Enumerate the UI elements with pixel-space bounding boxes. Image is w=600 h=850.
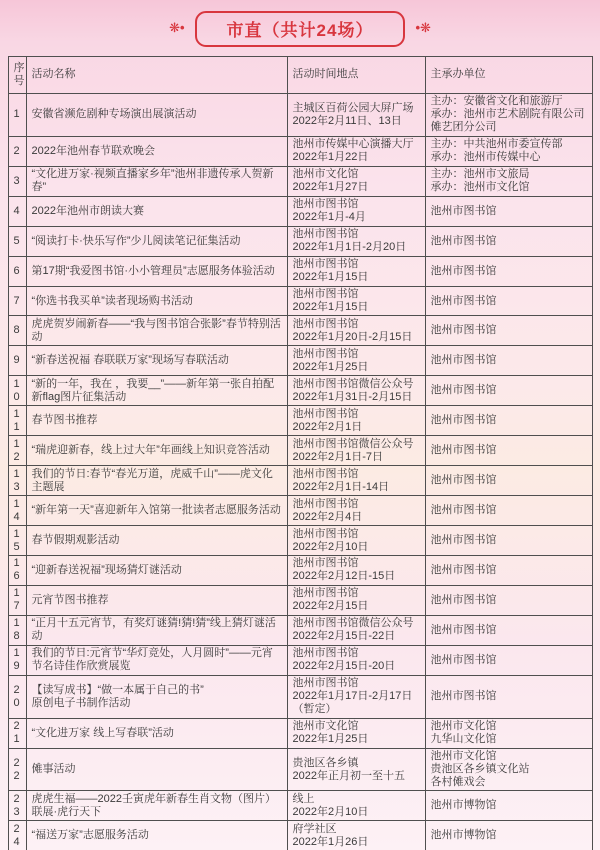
table-row: 42022年池州市朗读大赛池州市图书馆 2022年1月-4月池州市图书馆 [8,196,592,226]
table-row: 21“文化进万家 线上写春联”活动池州市文化馆 2022年1月25日池州市文化馆… [8,718,592,748]
row-number: 24 [8,821,26,850]
table-row: 18“正月十五元宵节，有奖灯谜猜!猜!猜”线上猜灯谜活动池州市图书馆微信公众号 … [8,615,592,645]
activity-name: 第17期“我爱图书馆·小小管理员”志愿服务体验活动 [26,256,287,286]
right-flourish-icon: •❋ [415,20,430,36]
organizer: 主办：安徽省文化和旅游厅 承办：池州市艺术剧院有限公司傩艺团分公司 [425,93,592,136]
row-number: 4 [8,196,26,226]
table-row: 8虎虎贺岁闹新春——“我与图书馆合张影”春节特别活动池州市图书馆 2022年1月… [8,316,592,346]
activity-name: 虎虎贺岁闹新春——“我与图书馆合张影”春节特别活动 [26,316,287,346]
activity-name: “文化进万家 线上写春联”活动 [26,718,287,748]
table-row: 10“新的一年，我在 ，我要__”——新年第一张自拍配新flag图片征集活动池州… [8,376,592,406]
activity-time-location: 池州市图书馆 2022年1月15日 [287,286,425,316]
organizer: 池州市图书馆 [425,526,592,556]
organizer: 主办：中共池州市委宣传部 承办：池州市传媒中心 [425,136,592,166]
col-header-organizer: 主承办单位 [425,57,592,94]
activity-name: “正月十五元宵节，有奖灯谜猜!猜!猜”线上猜灯谜活动 [26,615,287,645]
row-number: 17 [8,585,26,615]
table-row: 6第17期“我爱图书馆·小小管理员”志愿服务体验活动池州市图书馆 2022年1月… [8,256,592,286]
organizer: 池州市图书馆 [425,496,592,526]
organizer: 池州市图书馆 [425,196,592,226]
table-row: 22022年池州春节联欢晚会池州市传媒中心演播大厅 2022年1月22日主办：中… [8,136,592,166]
organizer: 主办：池州市文旅局 承办：池州市文化馆 [425,166,592,196]
activity-name: 2022年池州春节联欢晚会 [26,136,287,166]
table-row: 7“你选书我买单”读者现场购书活动池州市图书馆 2022年1月15日池州市图书馆 [8,286,592,316]
row-number: 19 [8,645,26,675]
activity-time-location: 池州市图书馆 2022年2月4日 [287,496,425,526]
activity-name: “福送万家”志愿服务活动 [26,821,287,850]
row-number: 10 [8,376,26,406]
table-row: 20【读写成书】“做一本属于自己的书” 原创电子书制作活动池州市图书馆 2022… [8,675,592,718]
row-number: 2 [8,136,26,166]
row-number: 23 [8,791,26,821]
table-row: 22傩事活动贵池区各乡镇 2022年正月初一至十五池州市文化馆 贵池区各乡镇文化… [8,748,592,791]
activity-time-location: 池州市图书馆 2022年2月15日-20日 [287,645,425,675]
activity-name: 春节图书推荐 [26,406,287,436]
activity-time-location: 池州市图书馆 2022年2月1日-14日 [287,466,425,496]
table-row: 12“瑞虎迎新春，线上过大年”年画线上知识竞答活动池州市图书馆微信公众号 202… [8,436,592,466]
table-row: 13我们的节日:春节“春光万道，虎威千山”——虎文化主题展池州市图书馆 2022… [8,466,592,496]
page: ❋• 市直（共计24场） •❋ 序号 活动名称 活动时间地点 主承办单位 1安徽… [0,0,600,850]
organizer: 池州市图书馆 [425,406,592,436]
organizer: 池州市图书馆 [425,615,592,645]
activity-time-location: 池州市传媒中心演播大厅 2022年1月22日 [287,136,425,166]
activity-time-location: 池州市文化馆 2022年1月27日 [287,166,425,196]
organizer: 池州市博物馆 [425,821,592,850]
row-number: 20 [8,675,26,718]
organizer: 池州市图书馆 [425,316,592,346]
activity-time-location: 池州市图书馆微信公众号 2022年1月31日-2月15日 [287,376,425,406]
table-row: 16“迎新春送祝福”现场猜灯谜活动池州市图书馆 2022年2月12日-15日池州… [8,555,592,585]
organizer: 池州市图书馆 [425,286,592,316]
activity-name: “阅读打卡·快乐写作”少儿阅读笔记征集活动 [26,226,287,256]
title-band: ❋• 市直（共计24场） •❋ [0,0,600,56]
organizer: 池州市图书馆 [425,436,592,466]
activity-time-location: 池州市图书馆 2022年2月12日-15日 [287,555,425,585]
activity-time-location: 线上 2022年2月10日 [287,791,425,821]
activity-name: 安徽省濒危剧种专场演出展演活动 [26,93,287,136]
row-number: 8 [8,316,26,346]
row-number: 18 [8,615,26,645]
activity-name: “迎新春送祝福”现场猜灯谜活动 [26,555,287,585]
activity-name: 虎虎生福——2022壬寅虎年新春生肖文物（图片）联展·虎行天下 [26,791,287,821]
activity-time-location: 池州市图书馆 2022年2月1日 [287,406,425,436]
table-row: 1安徽省濒危剧种专场演出展演活动主城区百荷公园大屏广场 2022年2月11日、1… [8,93,592,136]
activity-time-location: 池州市图书馆 2022年1月17日-2月17日（暂定） [287,675,425,718]
organizer: 池州市图书馆 [425,555,592,585]
activity-time-location: 府学社区 2022年1月26日 [287,821,425,850]
table-row: 19我们的节日:元宵节“华灯竞处，人月圆时”——元宵节名诗佳作欣赏展览池州市图书… [8,645,592,675]
activity-name: 春节假期观影活动 [26,526,287,556]
activity-name: “新的一年，我在 ，我要__”——新年第一张自拍配新flag图片征集活动 [26,376,287,406]
organizer: 池州市图书馆 [425,585,592,615]
row-number: 13 [8,466,26,496]
row-number: 14 [8,496,26,526]
activity-time-location: 池州市图书馆微信公众号 2022年2月1日-7日 [287,436,425,466]
activity-name: “新春送祝福 春联联万家”现场写春联活动 [26,346,287,376]
row-number: 6 [8,256,26,286]
row-number: 11 [8,406,26,436]
left-flourish-icon: ❋• [169,20,184,36]
activity-time-location: 池州市图书馆 2022年1月15日 [287,256,425,286]
row-number: 5 [8,226,26,256]
activity-name: “新年第一天”喜迎新年入馆第一批读者志愿服务活动 [26,496,287,526]
table-row: 9“新春送祝福 春联联万家”现场写春联活动池州市图书馆 2022年1月25日池州… [8,346,592,376]
row-number: 22 [8,748,26,791]
col-header-activity-name: 活动名称 [26,57,287,94]
row-number: 1 [8,93,26,136]
activity-time-location: 池州市图书馆 2022年1月20日-2月15日 [287,316,425,346]
organizer: 池州市文化馆 九华山文化馆 [425,718,592,748]
table-row: 23虎虎生福——2022壬寅虎年新春生肖文物（图片）联展·虎行天下线上 2022… [8,791,592,821]
row-number: 7 [8,286,26,316]
activity-time-location: 贵池区各乡镇 2022年正月初一至十五 [287,748,425,791]
events-table: 序号 活动名称 活动时间地点 主承办单位 1安徽省濒危剧种专场演出展演活动主城区… [8,56,593,850]
table-row: 5“阅读打卡·快乐写作”少儿阅读笔记征集活动池州市图书馆 2022年1月1日-2… [8,226,592,256]
col-header-serial: 序号 [8,57,26,94]
table-row: 14“新年第一天”喜迎新年入馆第一批读者志愿服务活动池州市图书馆 2022年2月… [8,496,592,526]
organizer: 池州市图书馆 [425,466,592,496]
activity-name: 【读写成书】“做一本属于自己的书” 原创电子书制作活动 [26,675,287,718]
activity-name: “瑞虎迎新春，线上过大年”年画线上知识竞答活动 [26,436,287,466]
activity-time-location: 主城区百荷公园大屏广场 2022年2月11日、13日 [287,93,425,136]
col-header-time-location: 活动时间地点 [287,57,425,94]
row-number: 15 [8,526,26,556]
table-row: 24“福送万家”志愿服务活动府学社区 2022年1月26日池州市博物馆 [8,821,592,850]
organizer: 池州市图书馆 [425,256,592,286]
organizer: 池州市图书馆 [425,226,592,256]
row-number: 3 [8,166,26,196]
activity-name: 2022年池州市朗读大赛 [26,196,287,226]
table-row: 17元宵节图书推荐池州市图书馆 2022年2月15日池州市图书馆 [8,585,592,615]
organizer: 池州市博物馆 [425,791,592,821]
organizer: 池州市图书馆 [425,376,592,406]
row-number: 16 [8,555,26,585]
organizer: 池州市图书馆 [425,675,592,718]
activity-time-location: 池州市图书馆 2022年1月25日 [287,346,425,376]
row-number: 9 [8,346,26,376]
activity-time-location: 池州市文化馆 2022年1月25日 [287,718,425,748]
activity-name: 傩事活动 [26,748,287,791]
table-row: 15春节假期观影活动池州市图书馆 2022年2月10日池州市图书馆 [8,526,592,556]
activity-time-location: 池州市图书馆 2022年2月10日 [287,526,425,556]
activity-name: 我们的节日:春节“春光万道，虎威千山”——虎文化主题展 [26,466,287,496]
activity-time-location: 池州市图书馆 2022年1月1日-2月20日 [287,226,425,256]
activity-time-location: 池州市图书馆 2022年2月15日 [287,585,425,615]
organizer: 池州市图书馆 [425,645,592,675]
events-table-body: 1安徽省濒危剧种专场演出展演活动主城区百荷公园大屏广场 2022年2月11日、1… [8,93,592,850]
row-number: 12 [8,436,26,466]
activity-time-location: 池州市图书馆微信公众号 2022年2月15日-22日 [287,615,425,645]
organizer: 池州市图书馆 [425,346,592,376]
section-title-plaque: 市直（共计24场） [195,11,406,47]
section-title: 市直（共计24场） [227,21,374,40]
table-row: 3“文化进万家·视频直播家乡年”池州非遗传承人贺新春”池州市文化馆 2022年1… [8,166,592,196]
activity-name: “文化进万家·视频直播家乡年”池州非遗传承人贺新春” [26,166,287,196]
activity-name: 我们的节日:元宵节“华灯竞处，人月圆时”——元宵节名诗佳作欣赏展览 [26,645,287,675]
table-row: 11春节图书推荐池州市图书馆 2022年2月1日池州市图书馆 [8,406,592,436]
activity-time-location: 池州市图书馆 2022年1月-4月 [287,196,425,226]
table-header-row: 序号 活动名称 活动时间地点 主承办单位 [8,57,592,94]
organizer: 池州市文化馆 贵池区各乡镇文化站 各村傩戏会 [425,748,592,791]
activity-name: 元宵节图书推荐 [26,585,287,615]
activity-name: “你选书我买单”读者现场购书活动 [26,286,287,316]
row-number: 21 [8,718,26,748]
